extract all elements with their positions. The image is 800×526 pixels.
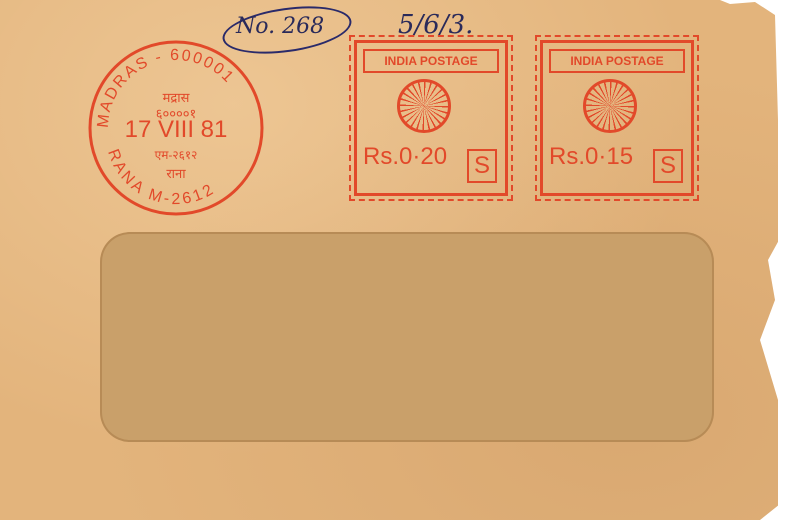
- hindi-code: एम-२६१२: [86, 146, 266, 163]
- hindi-name: राना: [86, 164, 266, 182]
- meter-class: S: [653, 149, 683, 183]
- meter-value: Rs.0·20: [363, 143, 447, 171]
- meter-value: Rs.0·15: [549, 143, 633, 171]
- postmark-date: 17 VIII 81: [86, 116, 266, 144]
- chakra-icon: [397, 79, 451, 133]
- address-window: [100, 232, 714, 442]
- meter-stamp-1: INDIA POSTAGE Rs.0·20 S: [354, 40, 508, 196]
- ref-number: No. 268: [236, 14, 324, 39]
- meter-header: INDIA POSTAGE: [549, 49, 685, 73]
- chakra-icon: [583, 79, 637, 133]
- meter-stamp-2: INDIA POSTAGE Rs.0·15 S: [540, 40, 694, 196]
- envelope: No. 268 5/6/3. MADRAS - 600001 RANA M-26…: [0, 0, 778, 520]
- meter-class: S: [467, 149, 497, 183]
- handwritten-note: 5/6/3.: [398, 10, 473, 40]
- meter-header: INDIA POSTAGE: [363, 49, 499, 73]
- postmark: MADRAS - 600001 RANA M-2612 मद्रास ६००००…: [86, 38, 266, 218]
